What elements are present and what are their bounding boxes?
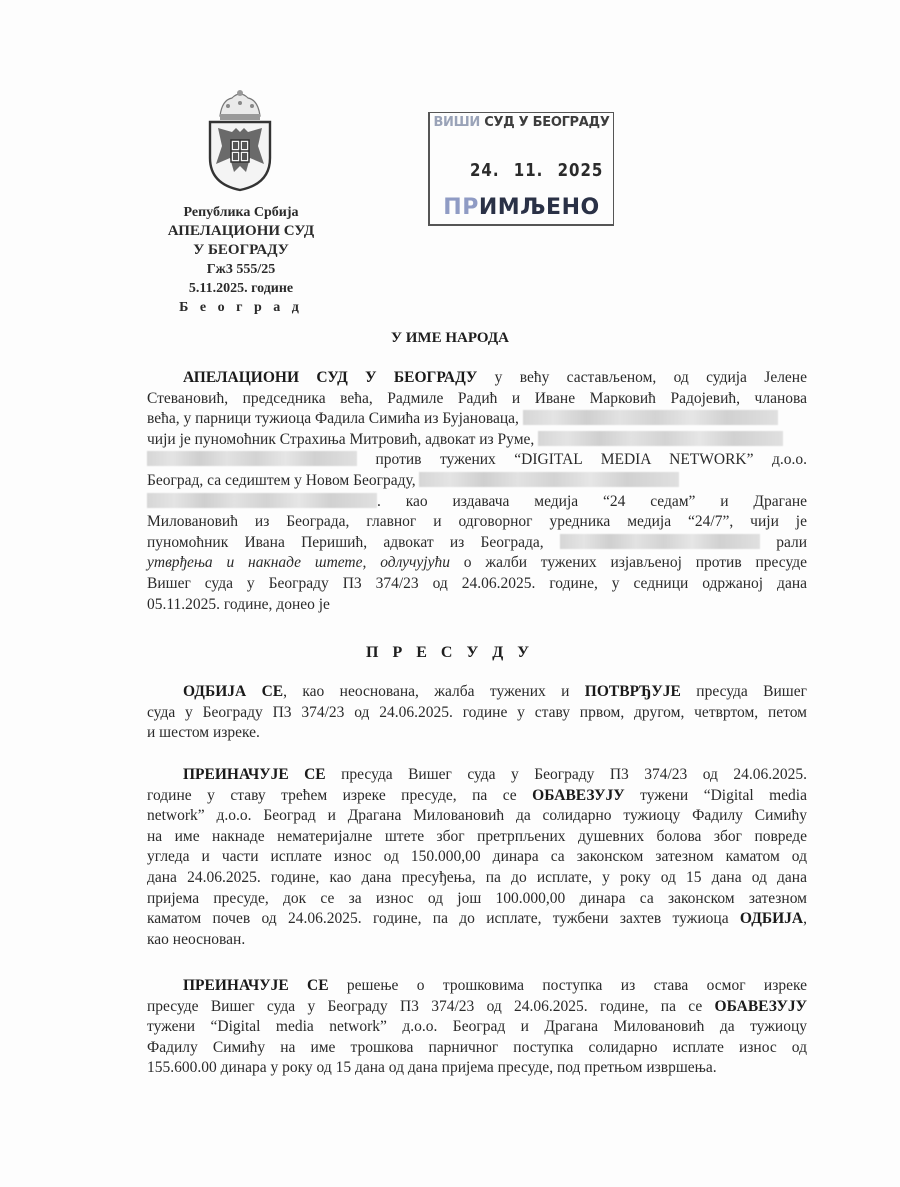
stamp-date: 24. 11. 2025	[470, 159, 603, 181]
verdict-title: П Р Е С У Д У	[0, 644, 900, 662]
redacted-block	[560, 534, 760, 549]
received-stamp: ВИШИ СУД У БЕОГРАДУ 24. 11. 2025 ПРИМЉЕН…	[428, 112, 614, 226]
intro-line: 05.11.2025. године, донео је	[147, 595, 807, 616]
intro-paragraph: АПЕЛАЦИОНИ СУД У БЕОГРАДУ у већу састављ…	[147, 368, 807, 615]
intro-line: Миловановић из Београда, главног и одгов…	[147, 512, 807, 533]
redacted-block	[538, 431, 783, 446]
court-header: Република Србија АПЕЛАЦИОНИ СУД У БЕОГРА…	[150, 203, 332, 317]
intro-line: Вишег суда у Београду П3 374/23 од 24.06…	[147, 574, 807, 595]
redacted-block	[147, 451, 357, 466]
ruling-line: као неоснован.	[147, 930, 807, 951]
ruling-line: ОДБИЈА СЕ, као неоснована, жалба тужених…	[147, 682, 807, 703]
intro-line: чији је пуномоћник Страхиња Митровић, ад…	[147, 430, 807, 451]
ruling-line: дана 24.06.2025. године, као дана пресуђ…	[147, 868, 807, 889]
ruling-line: 155.600.00 динара у року од 15 дана од д…	[147, 1058, 807, 1079]
court-name-line2: У БЕОГРАДУ	[150, 241, 332, 260]
ruling-line: и шестом изреке.	[147, 723, 807, 744]
intro-line: против тужених “DIGITAL MEDIA NETWORK” д…	[147, 450, 807, 471]
ruling-line: пријема пресуде, док се за износ од још …	[147, 889, 807, 910]
stamp-received: ПРИМЉЕНО	[430, 195, 613, 220]
court-name-line1: АПЕЛАЦИОНИ СУД	[150, 222, 332, 241]
ruling-line: network” д.о.о. Београд и Драгана Милова…	[147, 806, 807, 827]
intro-line: Стевановић, председника већа, Радмиле Ра…	[147, 389, 807, 410]
in-the-name-of-people-title: У ИМЕ НАРОДА	[0, 330, 900, 347]
court-document-page: Република Србија АПЕЛАЦИОНИ СУД У БЕОГРА…	[0, 0, 900, 1187]
ruling-line: године у ставу трећем изреке пресуде, па…	[147, 786, 807, 807]
intro-line: Београд, са седиштем у Новом Београду,	[147, 471, 807, 492]
ruling-line: ПРЕИНАЧУЈЕ СЕ решење о трошковима поступ…	[147, 976, 807, 997]
ruling-line: тужени “Digital media network” д.о.о. Бе…	[147, 1017, 807, 1038]
intro-line: АПЕЛАЦИОНИ СУД У БЕОГРАДУ у већу састављ…	[147, 368, 807, 389]
ruling-line: Фадилу Симићу на име трошкова парничног …	[147, 1038, 807, 1059]
ruling-line: суда у Београду П3 374/23 од 24.06.2025.…	[147, 703, 807, 724]
redacted-block	[523, 410, 778, 425]
ruling-3-paragraph: ПРЕИНАЧУЈЕ СЕ решење о трошковима поступ…	[147, 976, 807, 1079]
document-city: Б е о г р а д	[150, 298, 332, 317]
case-number: Гж3 555/25	[150, 260, 332, 279]
ruling-line: на име накнаде нематеријалне штете због …	[147, 827, 807, 848]
document-date: 5.11.2025. године	[150, 279, 332, 298]
intro-line: утврђења и накнаде штете, одлучујући о ж…	[147, 553, 807, 574]
ruling-line: ПРЕИНАЧУЈЕ СЕ пресуда Вишег суда у Беогр…	[147, 765, 807, 786]
stamp-court: ВИШИ СУД У БЕОГРАДУ	[430, 115, 613, 130]
intro-line: пуномоћник Ивана Перишић, адвокат из Бео…	[147, 533, 807, 554]
ruling-line: угледа и части исплате износ од 150.000,…	[147, 847, 807, 868]
intro-line: већа, у парници тужиоца Фадила Симића из…	[147, 409, 807, 430]
ruling-2-paragraph: ПРЕИНАЧУЈЕ СЕ пресуда Вишег суда у Беогр…	[147, 765, 807, 950]
ruling-1-paragraph: ОДБИЈА СЕ, као неоснована, жалба тужених…	[147, 682, 807, 744]
redacted-block	[147, 493, 377, 508]
country-name: Република Србија	[150, 203, 332, 222]
coat-of-arms-icon	[202, 88, 278, 192]
ruling-line: пресуде Вишег суда у Београду П3 374/23 …	[147, 997, 807, 1018]
intro-line: . као издавача медија “24 седам” и Драга…	[147, 492, 807, 513]
ruling-line: каматом почев од 24.06.2025. године, па …	[147, 909, 807, 930]
redacted-block	[419, 472, 679, 487]
